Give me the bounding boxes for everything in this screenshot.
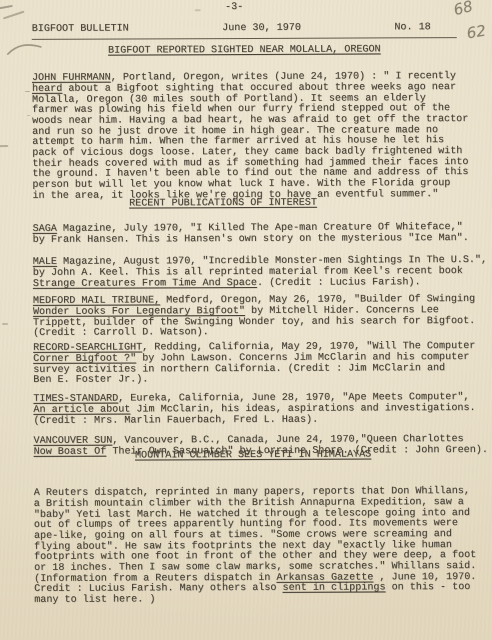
pencil-dash-mark <box>27 115 30 116</box>
section-heading-molalla: BIGFOOT REPORTED SIGHTED NEAR MOLALLA, O… <box>32 45 457 58</box>
scan-content: -3- BIGFOOT BULLETIN June 30, 1970 No. 1… <box>0 0 492 640</box>
pencil-dash-mark <box>2 323 8 325</box>
handwritten-note-top: 68 <box>452 0 475 19</box>
publication-item-male: MALE Magazine, August 1970, "Incredible … <box>33 256 492 290</box>
section-heading-yeti: MOUNTAIN CLIMBER SEES YETI IN HIMALAYAS <box>41 450 466 463</box>
pencil-dash-mark <box>0 5 13 9</box>
masthead-title: BIGFOOT BULLETIN <box>32 25 129 36</box>
page-number: -3- <box>22 2 447 15</box>
article-molalla-paragraph: JOHN FUHRMANN, Portland, Oregon, writes … <box>32 72 492 202</box>
article-yeti-paragraph: A Reuters dispatch, reprinted in many pa… <box>34 487 492 607</box>
masthead-row: BIGFOOT BULLETIN June 30, 1970 No. 18 <box>32 23 457 40</box>
publication-item-record-searchlight: RECORD-SEARCHLIGHT, Redding, California,… <box>33 342 492 387</box>
publication-item-times-standard: TIMES-STANDARD, Eureka, California, June… <box>33 393 492 427</box>
masthead-date: June 30, 1970 <box>222 24 301 35</box>
masthead-issue-number: No. 18 <box>394 23 430 34</box>
section-heading-publications: RECENT PUBLICATIONS OF INTEREST <box>10 198 435 211</box>
publication-item-medford-mail-tribune: MEDFORD MAIL TRIBUNE, Medford, Oregon, M… <box>33 295 492 340</box>
publication-item-saga: SAGA Magazine, July 1970, "I Killed The … <box>33 223 492 246</box>
newsletter-scan-page: -3- BIGFOOT BULLETIN June 30, 1970 No. 1… <box>0 0 492 640</box>
handwritten-note-bottom: 62 <box>465 22 487 43</box>
pencil-dash-mark <box>25 91 30 92</box>
pencil-dash-mark <box>0 145 8 147</box>
